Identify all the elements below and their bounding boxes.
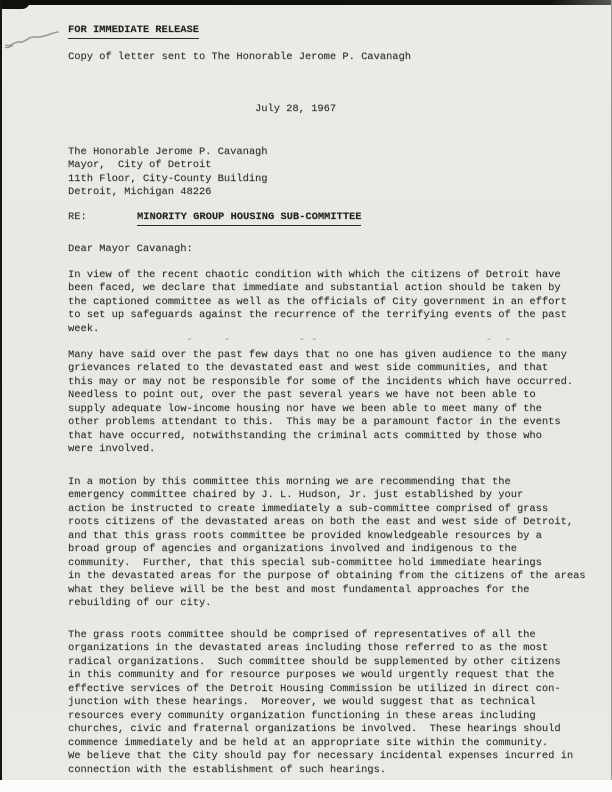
recipient-address: The Honorable Jerome P. Cavanagh Mayor, … <box>68 146 268 200</box>
typewriter-smudge-marks: - - - - - - <box>68 334 511 347</box>
paragraph-2: Many have said over the past few days th… <box>68 349 573 457</box>
salutation: Dear Mayor Cavanagh: <box>68 243 193 256</box>
paragraph-1: In view of the recent chaotic condition … <box>68 269 567 336</box>
date-line: July 28, 1967 <box>255 103 336 116</box>
copy-note: Copy of letter sent to The Honorable Jer… <box>68 51 411 64</box>
re-label: RE: <box>68 211 87 224</box>
pencil-mark <box>3 27 61 53</box>
scan-edge-top <box>0 0 612 5</box>
paragraph-4: The grass roots committee should be comp… <box>68 629 573 777</box>
paragraph-3: In a motion by this committee this morni… <box>68 476 586 611</box>
release-heading: FOR IMMEDIATE RELEASE <box>68 24 199 39</box>
scan-corner-shadow <box>0 0 30 9</box>
scan-edge-left <box>0 0 2 780</box>
scanned-letter-page: FOR IMMEDIATE RELEASE Copy of letter sen… <box>0 0 612 792</box>
scan-bottom-margin <box>0 780 612 792</box>
re-subject-heading: MINORITY GROUP HOUSING SUB-COMMITTEE <box>137 211 361 226</box>
